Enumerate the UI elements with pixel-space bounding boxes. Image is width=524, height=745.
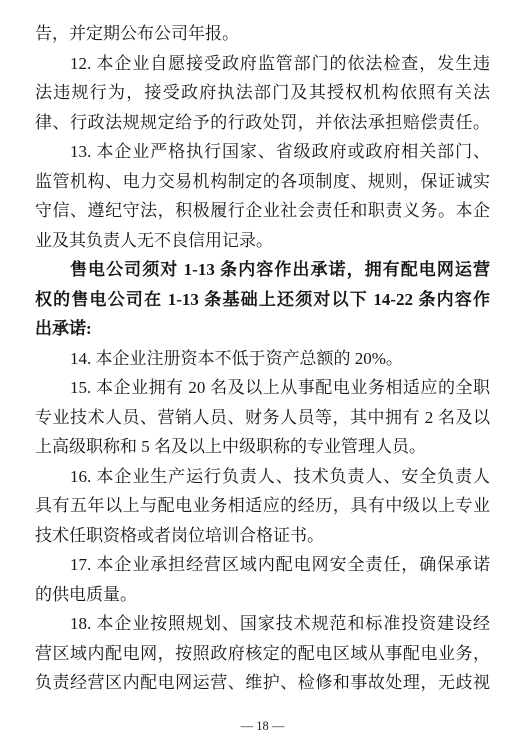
text-line: 17. 本企业承担经营区域内配电网安全责任，确保承诺 [35,550,490,580]
document-page: 告，并定期公布公司年报。12. 本企业自愿接受政府监管部门的依法检查，发生违法违… [0,0,524,745]
text-line: 12. 本企业自愿接受政府监管部门的依法检查，发生违 [35,49,490,79]
text-line: 业及其负责人无不良信用记录。 [35,226,490,256]
text-line: 权的售电公司在 1-13 条基础上还须对以下 14-22 条内容作 [35,285,490,315]
page-number: — 18 — [241,719,285,733]
text-line: 负责经营区内配电网运营、维护、检修和事故处理，无歧视 [35,668,490,698]
text-line: 上高级职称和 5 名及以上中级职称的专业管理人员。 [35,432,490,462]
text-line: 售电公司须对 1-13 条内容作出承诺，拥有配电网运营 [35,255,490,285]
text-line: 营区域内配电网，按照政府核定的配电区域从事配电业务， [35,639,490,669]
text-line: 专业技术人员、营销人员、财务人员等，其中拥有 2 名及以 [35,403,490,433]
text-line: 的供电质量。 [35,580,490,610]
text-line: 监管机构、电力交易机构制定的各项制度、规则，保证诚实 [35,167,490,197]
text-line: 13. 本企业严格执行国家、省级政府或政府相关部门、 [35,137,490,167]
text-line: 16. 本企业生产运行负责人、技术负责人、安全负责人 [35,462,490,492]
text-line: 守信、遵纪守法，积极履行企业社会责任和职责义务。本企 [35,196,490,226]
text-line: 技术任职资格或者岗位培训合格证书。 [35,521,490,551]
document-body: 告，并定期公布公司年报。12. 本企业自愿接受政府监管部门的依法检查，发生违法违… [35,19,490,698]
text-line: 15. 本企业拥有 20 名及以上从事配电业务相适应的全职 [35,373,490,403]
text-line: 出承诺: [35,314,490,344]
text-line: 14. 本企业注册资本不低于资产总额的 20%。 [35,344,490,374]
page-footer: — 18 — [35,719,490,734]
text-line: 法违规行为，接受政府执法部门及其授权机构依照有关法 [35,78,490,108]
text-line: 具有五年以上与配电业务相适应的经历，具有中级以上专业 [35,491,490,521]
text-line: 18. 本企业按照规划、国家技术规范和标准投资建设经 [35,609,490,639]
text-line: 告，并定期公布公司年报。 [35,19,490,49]
text-line: 律、行政法规规定给予的行政处罚，并依法承担赔偿责任。 [35,108,490,138]
